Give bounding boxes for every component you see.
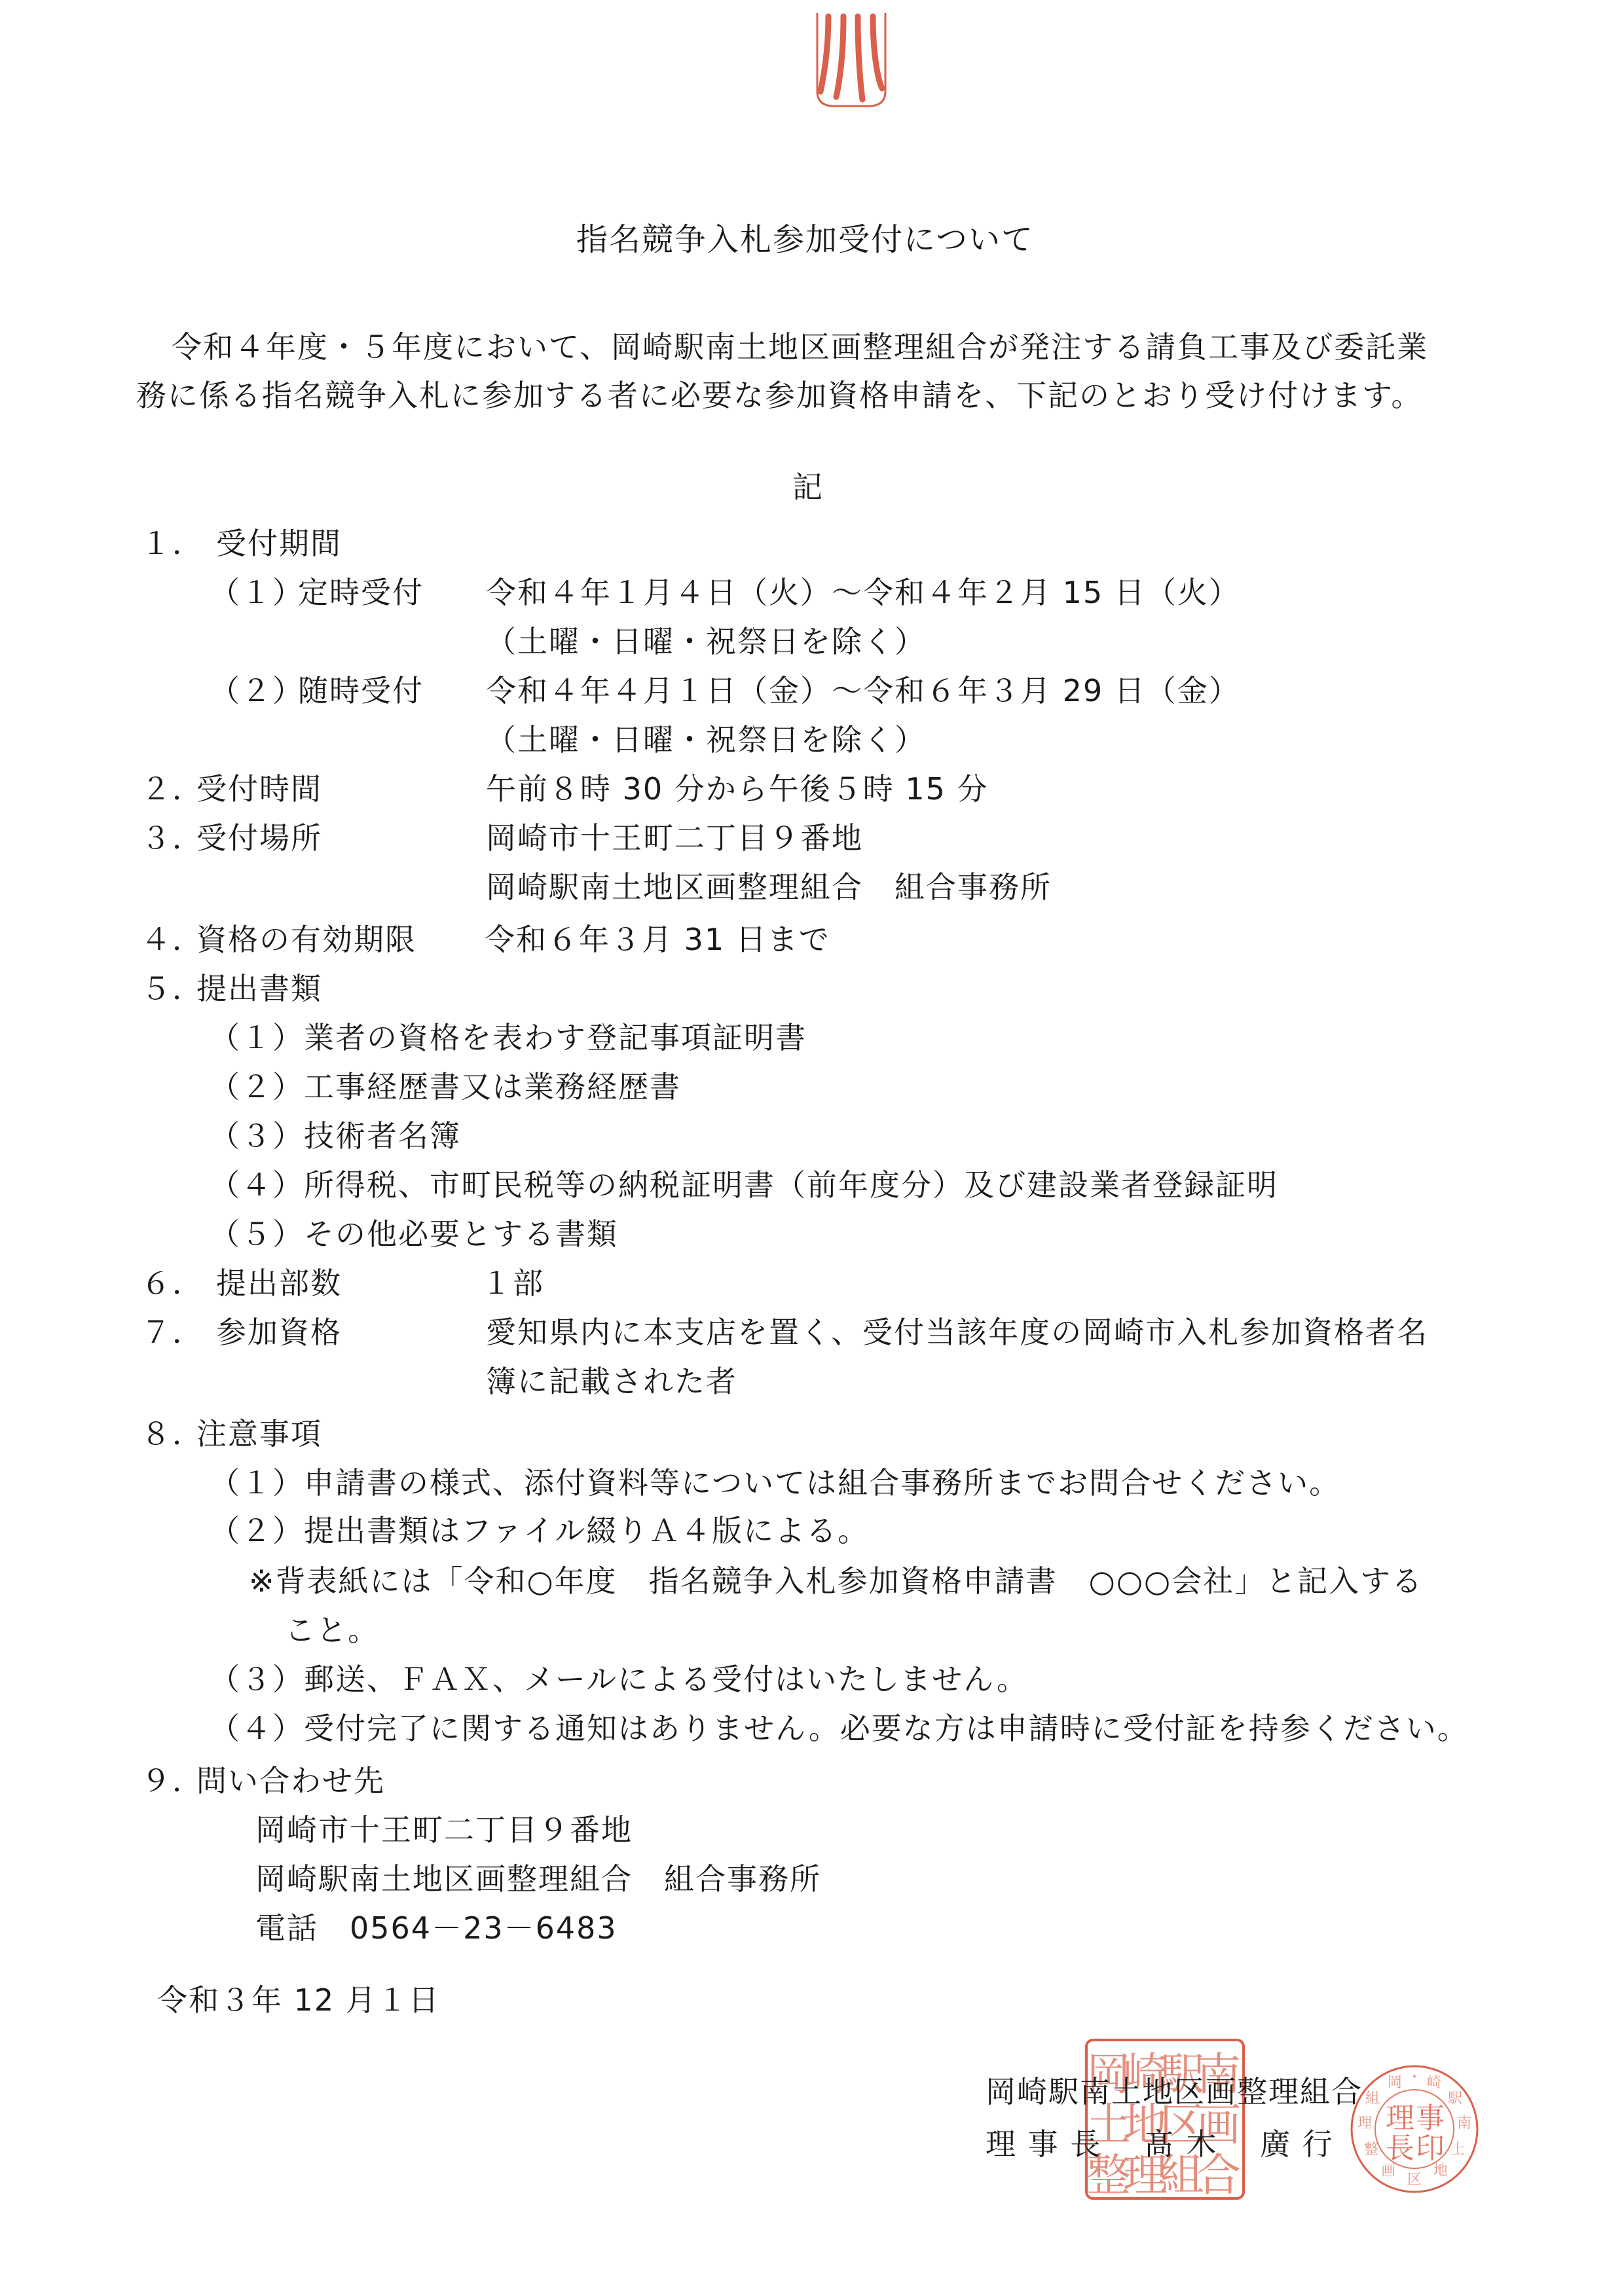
section-5-item-2: （２）工事経歴書又は業務経歴書 [210,1067,681,1106]
section-3-number: ３． [141,818,204,858]
section-2-label: 受付時間 [196,769,322,809]
section-2-number: ２． [141,769,204,809]
svg-text:整: 整 [1364,2141,1378,2158]
section-4-label: 資格の有効期限 [196,920,416,959]
svg-text:印: 印 [1416,2132,1445,2165]
section-2-value: 午前８時 30 分から午後５時 15 分 [486,769,989,809]
section-1-sub1-number: （１） [210,573,304,612]
section-3-value-1: 岡崎市十王町二丁目９番地 [486,818,863,858]
svg-text:組: 組 [1365,2090,1380,2107]
section-8-note-line-2: こと。 [285,1611,379,1650]
section-9-number: ９． [141,1761,204,1800]
section-4-value: 令和６年３月 31 日まで [485,920,830,959]
section-4-number: ４． [141,920,204,959]
section-6-label: 提出部数 [216,1264,342,1303]
document-title: 指名競争入札参加受付について [576,220,1034,259]
svg-text:区: 区 [1407,2172,1422,2188]
svg-text:崎: 崎 [1427,2075,1441,2091]
receipt-seal-stamp [815,13,887,108]
contact-office: 岡崎駅南土地区画整理組合 組合事務所 [255,1859,821,1899]
section-8-item-4: （４）受付完了に関する通知はありません。必要な方は申請時に受付証を持参ください。 [210,1709,1469,1748]
section-8-item-1: （１）申請書の様式、添付資料等については組合事務所までお問合せください。 [210,1463,1340,1503]
svg-text:岡: 岡 [1388,2075,1402,2091]
president-seal-stamp: 岡・崎 駅南土 地区画 整理組 理事 長印 [1349,2062,1480,2196]
intro-line-2: 務に係る指名競争入札に参加する者に必要な参加資格申請を、下記のとおり受け付けます… [136,376,1422,415]
section-1-sub2-note: （土曜・日曜・祝祭日を除く） [486,720,926,759]
issue-date: 令和３年 12 月１日 [157,1980,440,2020]
section-7-number: ７． [141,1313,204,1352]
contact-address: 岡崎市十王町二丁目９番地 [255,1810,633,1850]
section-7-value-2: 簿に記載された者 [486,1362,737,1401]
svg-text:事: 事 [1416,2102,1445,2135]
section-8-note-line-1: ※背表紙には「令和○年度 指名競争入札参加資格申請書 ○○○会社」と記入する [249,1561,1423,1601]
ki-heading: 記 [792,467,824,507]
section-1-sub2-number: （２） [210,671,304,710]
svg-text:理: 理 [1357,2115,1372,2132]
section-5-item-4: （４）所得税、市町民税等の納税証明書（前年度分）及び建設業者登録証明 [210,1165,1278,1205]
svg-text:南: 南 [1457,2115,1471,2132]
section-8-item-3: （３）郵送、ＦＡＸ、メールによる受付はいたしません。 [210,1660,1028,1699]
svg-text:理: 理 [1386,2102,1414,2135]
section-1-sub1-note: （土曜・日曜・祝祭日を除く） [486,622,926,661]
section-1-number: １． [141,524,204,563]
section-1-sub2-value: 令和４年４月１日（金）～令和６年３月 29 日（金） [486,671,1240,710]
section-6-value: １部 [481,1264,544,1303]
section-3-label: 受付場所 [196,818,322,858]
section-5-item-3: （３）技術者名簿 [210,1116,461,1156]
intro-line-1: 令和４年度・５年度において、岡崎駅南土地区画整理組合が発注する請負工事及び委託業 [172,327,1428,367]
svg-text:長: 長 [1386,2132,1414,2165]
section-7-value-1: 愛知県内に本支店を置く、受付当該年度の岡崎市入札参加資格者名 [486,1313,1428,1352]
section-5-item-1: （１）業者の資格を表わす登記事項証明書 [210,1018,807,1057]
svg-text:・: ・ [1407,2069,1422,2086]
section-1-label: 受付期間 [216,524,342,563]
signature-president: 理 事 長 髙 木 廣 行 [986,2124,1334,2164]
contact-phone: 電話 0564－23－6483 [255,1908,618,1948]
section-5-item-5: （５）その他必要とする書類 [210,1214,618,1254]
signature-organization: 岡崎駅南土地区画整理組合 [986,2072,1363,2111]
section-1-sub1-value: 令和４年１月４日（火）～令和４年２月 15 日（火） [486,573,1240,612]
section-1-sub2-label: 随時受付 [298,671,424,710]
svg-text:駅: 駅 [1447,2090,1462,2107]
section-5-label: 提出書類 [196,969,322,1008]
section-3-value-2: 岡崎駅南土地区画整理組合 組合事務所 [486,867,1052,907]
section-7-label: 参加資格 [216,1313,342,1352]
section-8-item-2: （２）提出書類はファイル綴りＡ４版による。 [210,1511,869,1550]
section-5-number: ５． [141,969,204,1008]
section-1-sub1-label: 定時受付 [298,573,424,612]
organization-seal-stamp: 岡崎駅南 土地区画 整理組合 [1084,2037,1246,2201]
section-8-number: ８． [141,1414,204,1453]
section-8-label: 注意事項 [196,1414,322,1453]
svg-text:土: 土 [1450,2141,1465,2158]
section-6-number: ６． [141,1264,204,1303]
section-9-label: 問い合わせ先 [196,1761,385,1800]
